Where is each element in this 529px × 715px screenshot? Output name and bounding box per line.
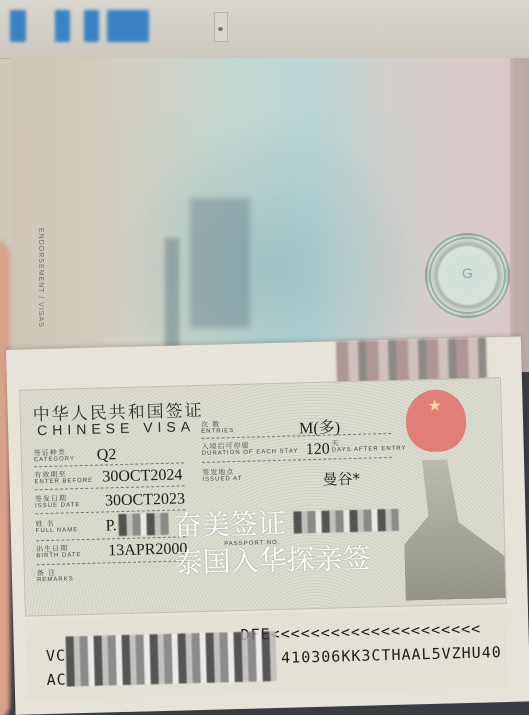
divider [202,457,392,463]
mrz-line1-visible: DFE<<<<<<<<<<<<<<<<<<<<< [240,620,481,644]
visa-title-en: CHINESE VISA [37,418,195,438]
blue-mark [55,10,70,42]
birth-date-label: 出生日期BIRTH DATE [36,545,81,560]
passport-top-page: G ENDORSEMENT / VISAS [0,0,529,372]
great-wall-illustration [402,458,506,601]
national-emblem-icon [405,389,467,453]
visa-page: 中华人民共和国签证 CHINESE VISA 签证种类CATEGORY Q2 有… [6,337,529,715]
blue-mark [107,10,149,42]
tower-illustration [190,198,250,328]
full-name-value: P. [105,517,117,535]
blue-mark [84,10,99,42]
divider [37,560,187,565]
visa-sticker: 中华人民共和国签证 CHINESE VISA 签证种类CATEGORY Q2 有… [19,377,507,617]
pixelated-redaction [118,513,169,536]
category-label: 签证种类CATEGORY [34,449,75,464]
issued-at-value: 曼谷* [322,468,360,490]
mrz-line2-start: AC [46,671,67,690]
enter-before-value: 30OCT2024 [102,466,182,486]
endorsement-page: G ENDORSEMENT / VISAS [10,58,513,363]
rosette-emblem-icon: G [425,233,510,318]
entries-label: 次 数ENTRIES [201,421,234,436]
vertical-label: ENDORSEMENT / VISAS [37,228,44,328]
blue-mark [10,10,26,42]
issue-date-label: 签发日期ISSUE DATE [35,495,81,510]
page-edge-strip [0,0,529,59]
stitch-pin-icon [214,12,228,42]
issued-at-label: 签发地点ISSUED AT [202,469,242,484]
pixelated-redaction [66,631,277,686]
mrz-zone: VC DFE<<<<<<<<<<<<<<<<<<<<< AC 410306KK3… [25,607,507,700]
watermark-line2: 泰国入华探亲签 [174,537,371,582]
spire-illustration [165,238,179,348]
mrz-line2-visible: 410306KK3CTHAAL5VZHU40 [281,643,502,667]
duration-value: 120 [305,441,329,460]
enter-before-label: 有效期至ENTER BEFORE [34,471,93,487]
rosette-glyph: G [431,265,504,281]
remarks-label: 备 注REMARKS [37,569,74,584]
mrz-line1-start: VC [46,647,67,666]
duration-label: 入境后可停留DURATION OF EACH STAY [202,441,299,458]
duration-unit: 天DAYS AFTER ENTRY [331,439,406,455]
full-name-label: 姓 名FULL NAME [35,520,78,535]
category-value: Q2 [97,446,117,465]
pixelated-redaction [293,509,399,534]
